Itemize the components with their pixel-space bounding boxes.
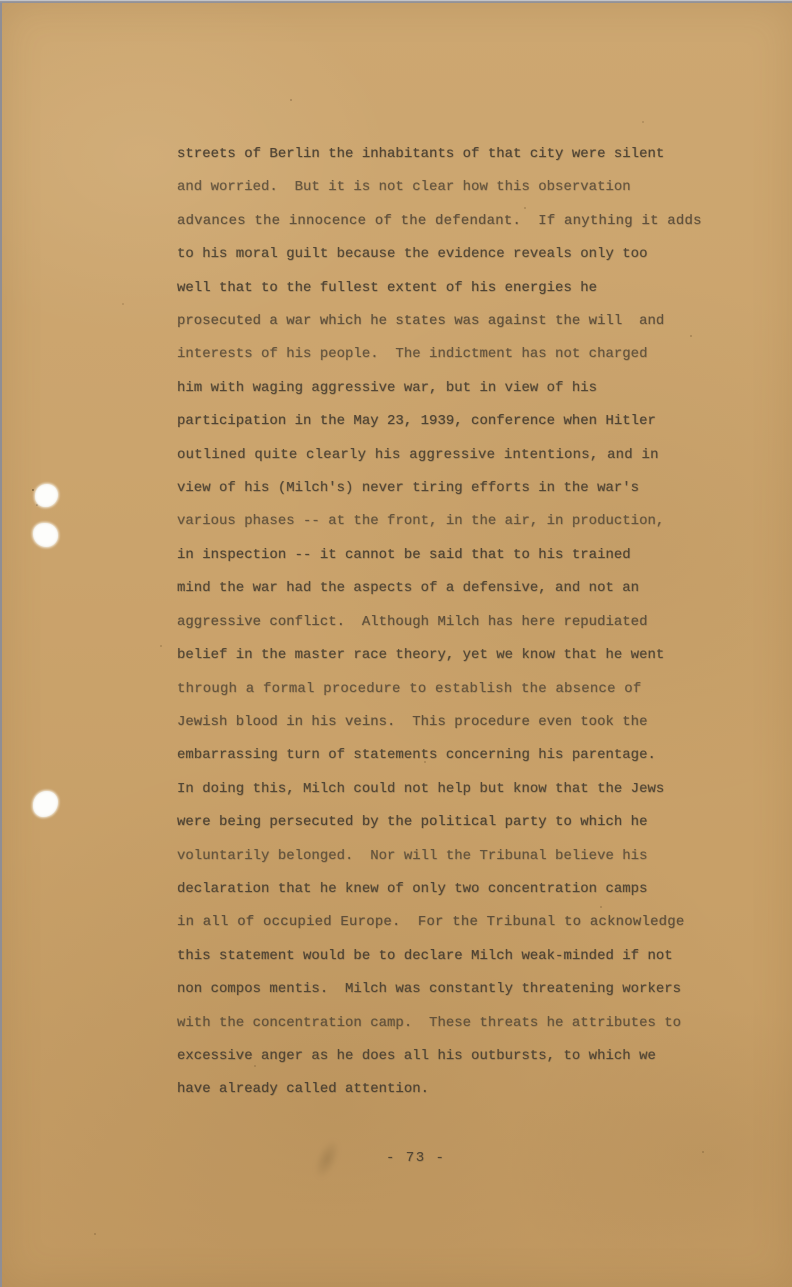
text-line: In doing this, Milch could not help but … xyxy=(177,773,702,806)
hole-punch xyxy=(33,523,58,547)
text-line: declaration that he knew of only two con… xyxy=(177,873,702,906)
paper: streets of Berlin the inhabitants of tha… xyxy=(2,3,792,1287)
text-line: excessive anger as he does all his outbu… xyxy=(177,1040,702,1073)
text-line: prosecuted a war which he states was aga… xyxy=(177,305,702,338)
text-line: in inspection -- it cannot be said that … xyxy=(177,539,702,572)
text-line: participation in the May 23, 1939, confe… xyxy=(177,405,702,438)
text-line: advances the innocence of the defendant.… xyxy=(177,205,702,238)
text-line: and worried. But it is not clear how thi… xyxy=(177,171,702,204)
scanned-page: streets of Berlin the inhabitants of tha… xyxy=(0,0,792,1287)
text-line: mind the war had the aspects of a defens… xyxy=(177,572,702,605)
paper-specks xyxy=(2,3,4,5)
text-line: various phases -- at the front, in the a… xyxy=(177,505,702,538)
text-line: aggressive conflict. Although Milch has … xyxy=(177,606,702,639)
text-line: belief in the master race theory, yet we… xyxy=(177,639,702,672)
text-line: outlined quite clearly his aggressive in… xyxy=(177,439,702,472)
hole-punch xyxy=(33,791,58,817)
text-line: non compos mentis. Milch was constantly … xyxy=(177,973,702,1006)
text-line: this statement would be to declare Milch… xyxy=(177,940,702,973)
text-line: Jewish blood in his veins. This procedur… xyxy=(177,706,702,739)
text-line: voluntarily belonged. Nor will the Tribu… xyxy=(177,840,702,873)
typewritten-text-block: streets of Berlin the inhabitants of tha… xyxy=(177,138,702,1107)
text-line: embarrassing turn of statements concerni… xyxy=(177,739,702,772)
ink-smudge xyxy=(304,1128,351,1190)
text-line: have already called attention. xyxy=(177,1073,702,1106)
hole-punch xyxy=(35,484,58,507)
text-line: interests of his people. The indictment … xyxy=(177,338,702,371)
page-number: - 73 - xyxy=(386,1147,445,1169)
text-line: in all of occupied Europe. For the Tribu… xyxy=(177,906,702,939)
text-line: with the concentration camp. These threa… xyxy=(177,1007,702,1040)
text-line: view of his (Milch's) never tiring effor… xyxy=(177,472,702,505)
text-line: him with waging aggressive war, but in v… xyxy=(177,372,702,405)
text-line: to his moral guilt because the evidence … xyxy=(177,238,702,271)
text-line: streets of Berlin the inhabitants of tha… xyxy=(177,138,702,171)
text-line: through a formal procedure to establish … xyxy=(177,673,702,706)
text-line: were being persecuted by the political p… xyxy=(177,806,702,839)
text-line: well that to the fullest extent of his e… xyxy=(177,272,702,305)
